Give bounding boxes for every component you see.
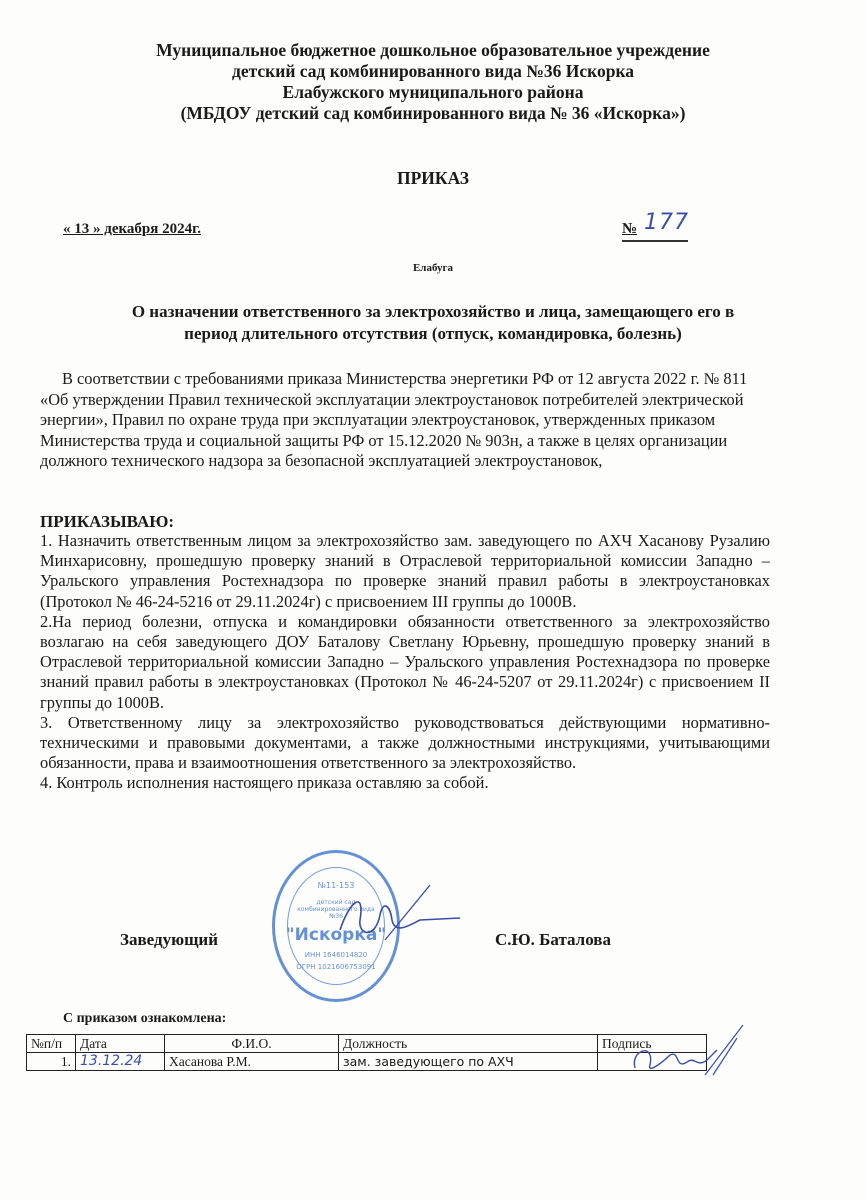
cell-position: зам. заведующего по АХЧ: [339, 1053, 598, 1071]
order-date: « 13 » декабря 2024г.: [63, 221, 201, 238]
document-type: ПРИКАЗ: [0, 168, 866, 189]
table-header-row: №п/п Дата Ф.И.О. Должность Подпись: [27, 1035, 707, 1053]
number-label: №: [622, 221, 637, 238]
employee-signature-icon: [625, 1020, 745, 1080]
order-item: 3. Ответственному лицу за электрохозяйст…: [40, 713, 770, 774]
cell-num: 1.: [27, 1053, 76, 1071]
preamble-text: В соответствии с требованиями приказа Ми…: [40, 369, 747, 470]
stamp-ogrn: ОГРН 1021606753091: [275, 963, 397, 971]
cell-name: Хасанова Р.М.: [165, 1053, 339, 1071]
table-row: 1. 13.12.24 Хасанова Р.М. зам. заведующе…: [27, 1053, 707, 1071]
header-line: Елабужского муниципального района: [0, 82, 866, 103]
stamp-inn: ИНН 1646014820: [275, 951, 397, 959]
city: Елабуга: [0, 262, 866, 274]
orders-heading: ПРИКАЗЫВАЮ:: [40, 512, 174, 532]
column-header: Должность: [339, 1035, 598, 1053]
director-signature-icon: [320, 880, 470, 950]
header-line: Муниципальное бюджетное дошкольное образ…: [0, 40, 866, 61]
header-line: детский сад комбинированного вида №36 Ис…: [0, 61, 866, 82]
acknowledgement-table: №п/п Дата Ф.И.О. Должность Подпись 1. 13…: [26, 1034, 707, 1071]
handwritten-number: 177: [644, 210, 689, 235]
order-items: 1. Назначить ответственным лицом за элек…: [40, 531, 770, 794]
order-item: 4. Контроль исполнения настоящего приказ…: [40, 773, 770, 793]
order-subject: О назначении ответственного за электрохо…: [80, 301, 786, 345]
header-line: (МБДОУ детский сад комбинированного вида…: [0, 103, 866, 124]
order-item: 2.На период болезни, отпуска и командиро…: [40, 612, 770, 713]
subject-line: период длительного отсутствия (отпуск, к…: [80, 323, 786, 345]
column-header: Ф.И.О.: [165, 1035, 339, 1053]
signer-position: Заведующий: [120, 930, 218, 950]
signer-name: С.Ю. Баталова: [495, 930, 611, 950]
acknowledgement-label: С приказом ознакомлена:: [63, 1011, 226, 1027]
column-header: №п/п: [27, 1035, 76, 1053]
order-number: № 177: [622, 212, 688, 242]
cell-date: 13.12.24: [76, 1053, 165, 1071]
subject-line: О назначении ответственного за электрохо…: [80, 301, 786, 323]
order-item: 1. Назначить ответственным лицом за элек…: [40, 531, 770, 612]
preamble: В соответствии с требованиями приказа Ми…: [40, 369, 775, 472]
column-header: Дата: [76, 1035, 165, 1053]
organization-header: Муниципальное бюджетное дошкольное образ…: [0, 40, 866, 124]
